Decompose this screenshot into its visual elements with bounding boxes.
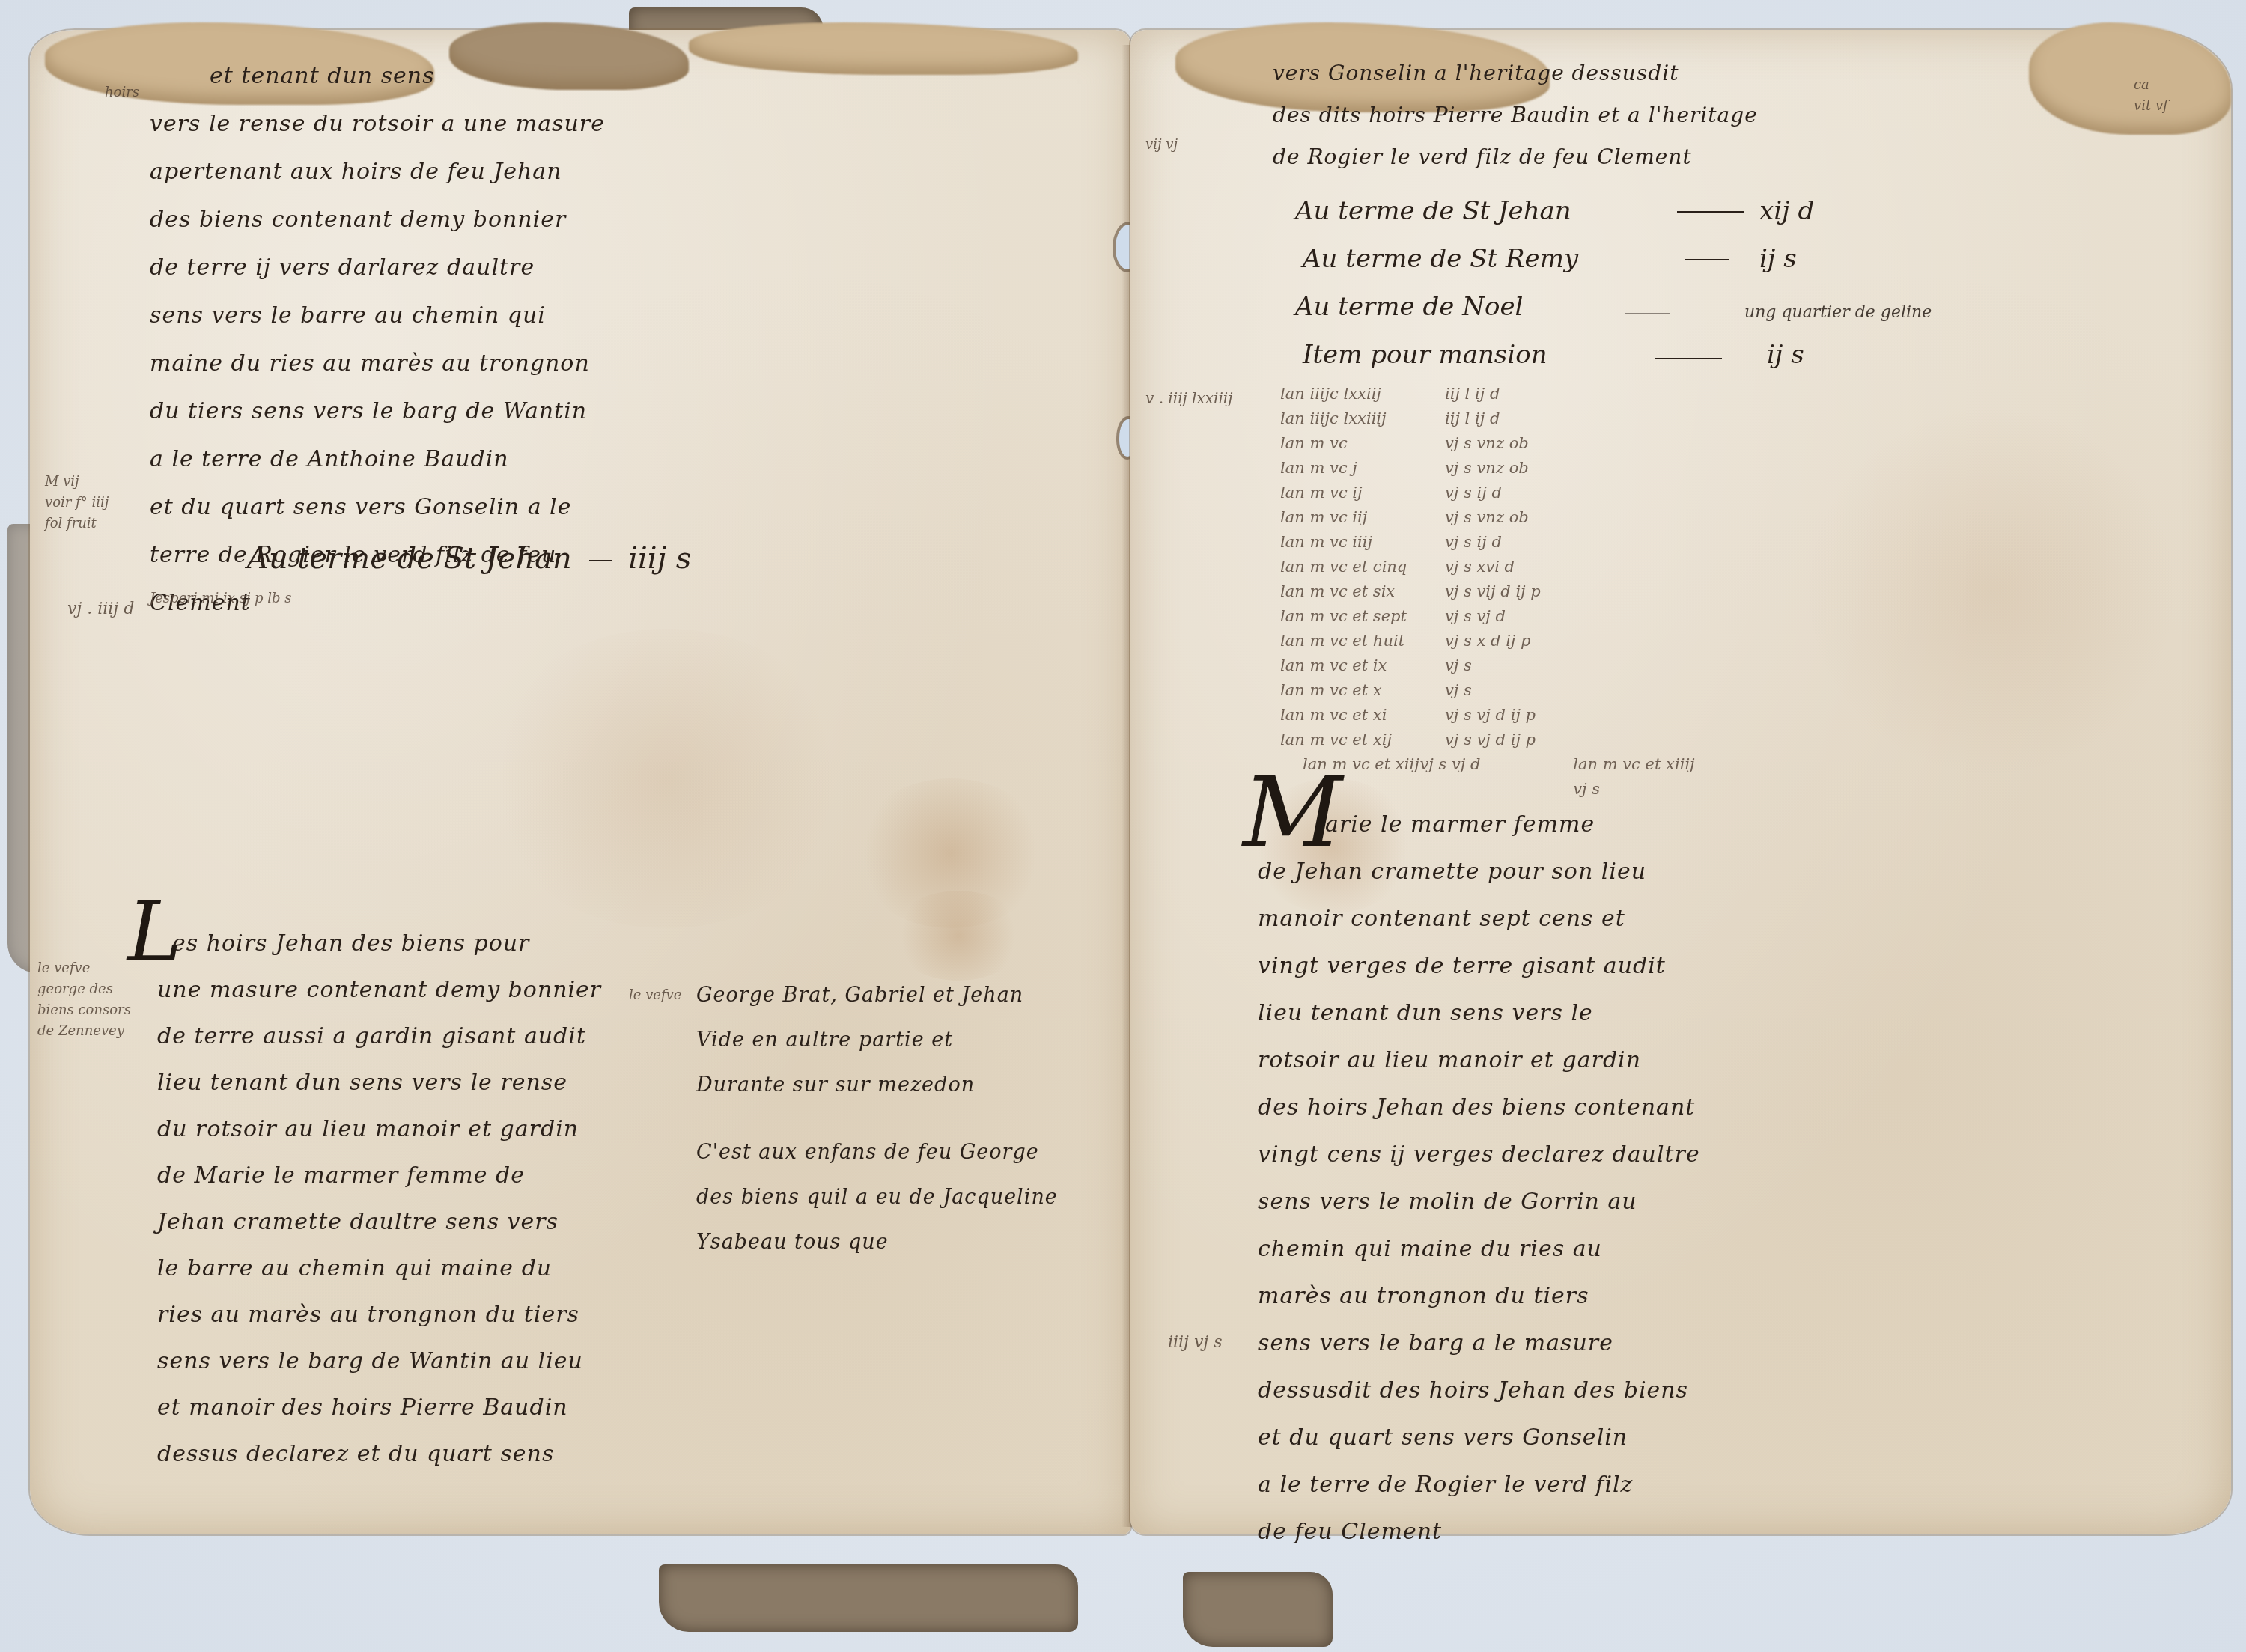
- term-row: Au terme de St Jehan xij d: [1295, 187, 2119, 235]
- ledger-row: lan m vc iiijvj s ij d: [1280, 530, 1699, 555]
- ledger-row: lan m vc et sixvj s vij d ij p: [1280, 579, 1699, 604]
- manuscript-line: lieu tenant dun sens vers le: [1243, 990, 1842, 1037]
- terms-list: Au terme de St Jehan xij d Au terme de S…: [1295, 187, 2119, 379]
- manuscript-line: marès au trongnon du tiers: [1243, 1272, 1842, 1320]
- term-amount: iiij s: [628, 541, 691, 576]
- term-row: Au terme de St Remy ij s: [1295, 235, 2119, 283]
- manuscript-line: a le terre de Rogier le verd filz: [1243, 1461, 1842, 1508]
- manuscript-line: de Rogier le verd filz de feu Clement: [1273, 136, 1924, 178]
- ledger-row: lan m vc et septvj s vj d: [1280, 604, 1699, 629]
- manuscript-line: Jehan cramette daultre sens vers: [157, 1199, 651, 1246]
- manuscript-line: a le terre de Anthoine Baudin: [150, 436, 674, 484]
- manuscript-line: de Marie le marmer femme de: [157, 1153, 651, 1199]
- manuscript-line: manoir contenant sept cens et: [1243, 895, 1842, 942]
- manuscript-line: le barre au chemin qui maine du: [157, 1246, 651, 1292]
- right-top-entry: vers Gonselin a l'heritage dessusdit des…: [1250, 52, 1924, 178]
- right-page: vers Gonselin a l'heritage dessusdit des…: [1130, 30, 2231, 1534]
- manuscript-line: et du quart sens vers Gonselin: [1243, 1414, 1842, 1461]
- manuscript-line: sens vers le barre au chemin qui: [150, 292, 674, 340]
- dash: [1625, 313, 1670, 314]
- manuscript-line: rotsoir au lieu manoir et gardin: [1243, 1037, 1842, 1084]
- corner-fragment: ca vit vf: [2134, 75, 2168, 117]
- term-amount: ij s: [1767, 331, 1804, 379]
- annual-ledger: lan iiijc lxxiijiij l ij d lan iiijc lxx…: [1280, 382, 1699, 802]
- manuscript-line: chemin qui maine du ries au: [1243, 1225, 1842, 1272]
- margin-label: le vefve: [629, 985, 681, 1006]
- term-margin-sum: vj . iiij d: [67, 599, 134, 620]
- manuscript-line: de feu Clement: [1243, 1508, 1842, 1555]
- drop-cap: M: [1243, 763, 1342, 861]
- ledger-row: lan m vc jvj s vnz ob: [1280, 456, 1699, 481]
- manuscript-line: et tenant dun sens: [150, 52, 674, 100]
- manuscript-line: sens vers le barg a le masure: [1243, 1320, 1842, 1367]
- term-label: Au terme de St Jehan: [247, 541, 572, 576]
- manuscript-line: des hoirs Jehan des biens contenant: [1243, 1084, 1842, 1131]
- manuscript-line: sens vers le barg de Wantin au lieu: [157, 1338, 651, 1385]
- manuscript-line: vers le rense du rotsoir a une masure: [150, 100, 674, 148]
- ledger-row: lan m vc ijvj s ij d: [1280, 481, 1699, 505]
- manuscript-line: sens vers le molin de Gorrin au: [1243, 1178, 1842, 1225]
- manuscript-line: apertenant aux hoirs de feu Jehan: [150, 148, 674, 196]
- manuscript-line: dessusdit des hoirs Jehan des biens: [1243, 1367, 1842, 1414]
- water-stain: [891, 891, 1026, 981]
- manuscript-line: des dits hoirs Pierre Baudin et a l'heri…: [1273, 94, 1924, 136]
- foxing: [479, 629, 853, 928]
- dash: [589, 560, 612, 561]
- drop-cap: L: [127, 891, 182, 973]
- term-label: Au terme de Noel: [1295, 292, 1523, 322]
- manuscript-line: Ysabeau tous que: [696, 1220, 1138, 1265]
- torn-edge: [689, 22, 1078, 75]
- left-lower-margin-note: le vefve george des biens consors de Zen…: [37, 958, 127, 1042]
- manuscript-line: dessus declarez et du quart sens: [157, 1431, 651, 1478]
- term-amount: ij s: [1759, 235, 1797, 283]
- manuscript-line: es hoirs Jehan des biens pour: [157, 921, 651, 967]
- year-margin: v . iiij lxxiiij: [1145, 388, 1232, 409]
- term-amount: xij d: [1759, 187, 1814, 235]
- term-heading: Au terme de St Jehan iiij s: [247, 531, 691, 585]
- manuscript-line: vers Gonselin a l'heritage dessusdit: [1273, 52, 1924, 94]
- term-note: ung quartier de geline: [1744, 298, 1932, 328]
- dash: [1677, 211, 1744, 213]
- faint-annotation: Jesperi mi ix sj p lb s: [150, 584, 292, 614]
- dash: [1655, 358, 1722, 359]
- manuscript-line: vingt cens ij verges declarez daultre: [1243, 1131, 1842, 1178]
- manuscript-line: C'est aux enfans de feu George: [696, 1130, 1138, 1175]
- ledger-row: lan m vcvj s vnz ob: [1280, 431, 1699, 456]
- right-lower-entry: M arie le marmer femme de Jehan cramette…: [1243, 749, 1842, 1555]
- ledger-row: lan m vc et huitvj s x d ij p: [1280, 629, 1699, 653]
- term-label: Au terme de St Remy: [1303, 244, 1578, 274]
- manuscript-line: de terre ij vers darlarez daultre: [150, 244, 674, 292]
- ledger-row: lan m vc et cinqvj s xvi d: [1280, 555, 1699, 579]
- manuscript-line: des biens contenant demy bonnier: [150, 196, 674, 244]
- term-row: Item pour mansion ij s: [1295, 331, 2119, 379]
- manuscript-line: vingt verges de terre gisant audit: [1243, 942, 1842, 990]
- manuscript-line: et du quart sens vers Gonselin a le: [150, 484, 674, 531]
- left-lower-entry: L es hoirs Jehan des biens pour une masu…: [127, 891, 651, 1478]
- term-label: Item pour mansion: [1303, 340, 1547, 370]
- ledger-row: lan iiijc lxxiiijiij l ij d: [1280, 406, 1699, 431]
- left-middle-entry: le vefve George Brat, Gabriel et Jehan V…: [629, 973, 1138, 1265]
- left-page: hoirs et tenant dun sens vers le rense d…: [30, 30, 1130, 1534]
- manuscript-line: Vide en aultre partie et: [696, 1018, 1138, 1063]
- term-label: Au terme de St Jehan: [1295, 196, 1571, 226]
- binding-fragment-bottom-left: [659, 1564, 1078, 1632]
- ledger-row: lan iiijc lxxiijiij l ij d: [1280, 382, 1699, 406]
- right-lower-margin: iiij vj s: [1168, 1332, 1222, 1353]
- term-row: Au terme de Noel ung quartier de geline: [1295, 283, 2119, 331]
- manuscript-line: et manoir des hoirs Pierre Baudin: [157, 1385, 651, 1431]
- left-margin-note: M vij voir f° iiij fol fruit: [45, 472, 127, 534]
- manuscript-line: de terre aussi a gardin gisant audit: [157, 1014, 651, 1060]
- binding-fragment-bottom-right: [1183, 1572, 1333, 1647]
- manuscript-line: ries au marès au trongnon du tiers: [157, 1292, 651, 1338]
- ledger-row: lan m vc et xivj s vj d ij p: [1280, 703, 1699, 728]
- ledger-row: lan m vc et ixvj s: [1280, 653, 1699, 678]
- manuscript-line: lieu tenant dun sens vers le rense: [157, 1060, 651, 1106]
- ledger-row: lan m vc iijvj s vnz ob: [1280, 505, 1699, 530]
- ledger-row: lan m vc et xvj s: [1280, 678, 1699, 703]
- manuscript-line: maine du ries au marès au trongnon: [150, 340, 674, 388]
- manuscript-line: des biens quil a eu de Jacqueline: [696, 1175, 1138, 1220]
- dash: [1684, 259, 1729, 260]
- right-top-margin: vij vj: [1145, 135, 1178, 156]
- manuscript-line: du tiers sens vers le barg de Wantin: [150, 388, 674, 436]
- manuscript-line: du rotsoir au lieu manoir et gardin: [157, 1106, 651, 1153]
- foxing: [1804, 404, 2179, 778]
- manuscript-line: George Brat, Gabriel et Jehan: [696, 973, 1138, 1018]
- manuscript-line: Durante sur sur mezedon: [696, 1063, 1138, 1108]
- manuscript-line: une masure contenant demy bonnier: [157, 967, 651, 1014]
- corner-fragment: hoirs: [105, 82, 139, 103]
